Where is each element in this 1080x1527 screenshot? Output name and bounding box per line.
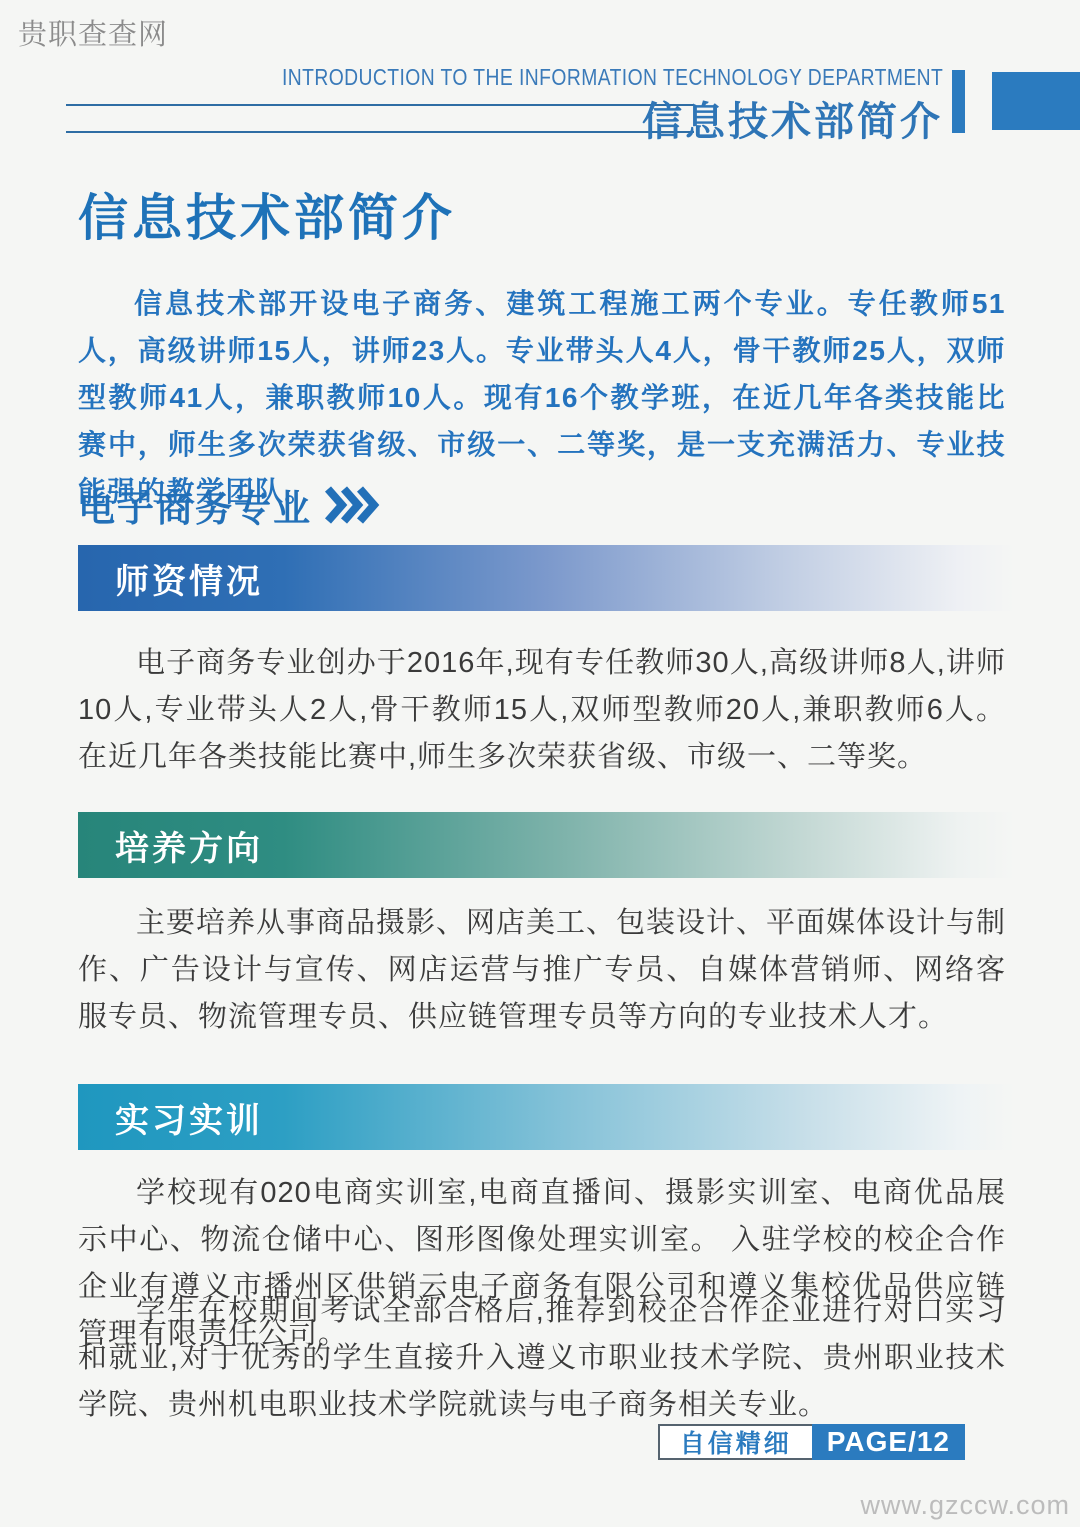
header-english-caption: INTRODUCTION TO THE INFORMATION TECHNOLO… [282, 64, 943, 91]
banner-label: 培养方向 [78, 821, 263, 870]
major-section-title: 电子商务专业 [78, 478, 312, 532]
header-accent-block [992, 72, 1080, 130]
banner-label: 实习实训 [78, 1093, 263, 1142]
teacher-resources-paragraph: 电子商务专业创办于2016年,现有专任教师30人,高级讲师8人,讲师10人,专业… [78, 640, 1006, 781]
training-direction-paragraph: 主要培养从事商品摄影、网店美工、包装设计、平面媒体设计与制作、广告设计与宣传、网… [78, 900, 1006, 1041]
banner-internship-training: 实习实训 [78, 1084, 1015, 1150]
website-url-watermark: www.gzccw.com [860, 1490, 1070, 1521]
header-rule-bottom [66, 131, 694, 133]
banner-teacher-resources: 师资情况 [78, 545, 1015, 611]
page-title: 信息技术部简介 [78, 178, 456, 250]
header-rule-top [66, 104, 694, 106]
banner-label: 师资情况 [78, 554, 263, 603]
triple-chevron-right-icon [324, 486, 382, 529]
banner-training-direction: 培养方向 [78, 812, 1015, 878]
footer-motto: 自信精细 [658, 1424, 812, 1460]
page-footer: 自信精细 PAGE/12 [658, 1424, 965, 1460]
internship-paragraph-2: 学生在校期间考试全部合格后,推荐到校企合作企业进行对口实习和就业,对于优秀的学生… [78, 1288, 1006, 1429]
header-accent-bar [952, 70, 965, 133]
page-number-badge: PAGE/12 [812, 1424, 965, 1460]
site-watermark: 贵职查查网 [18, 12, 168, 53]
header-chinese-title: 信息技术部简介 [642, 90, 943, 147]
major-section-header: 电子商务专业 [78, 478, 382, 532]
